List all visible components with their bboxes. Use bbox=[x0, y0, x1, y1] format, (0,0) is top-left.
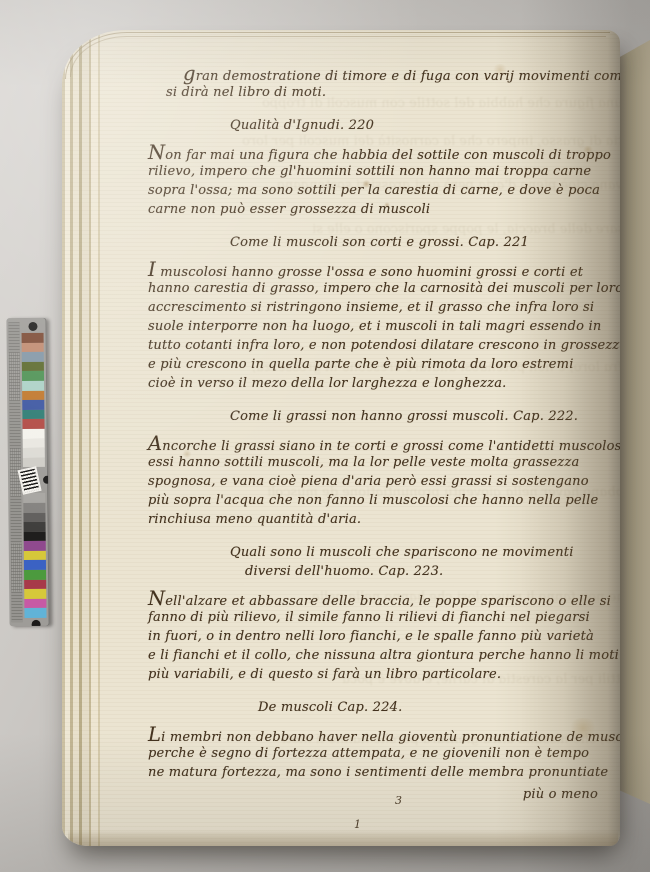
manuscript-book: Non far mai una figura che habbia del so… bbox=[62, 30, 620, 846]
color-patch bbox=[23, 503, 45, 513]
color-patch bbox=[22, 352, 44, 362]
color-patch bbox=[22, 400, 44, 410]
color-patch-group-bottom bbox=[24, 541, 47, 618]
color-patch bbox=[24, 579, 46, 589]
color-patch bbox=[23, 438, 45, 448]
registration-dot bbox=[31, 620, 40, 626]
color-patch bbox=[24, 560, 46, 570]
strip-patch-column bbox=[21, 320, 46, 626]
color-patch bbox=[22, 419, 44, 429]
color-calibration-strip bbox=[6, 318, 49, 626]
color-patch bbox=[23, 512, 45, 522]
color-patch bbox=[23, 429, 45, 439]
color-patch bbox=[22, 362, 44, 372]
color-patch bbox=[22, 371, 44, 381]
color-patch bbox=[24, 551, 46, 561]
facing-page-edge bbox=[616, 40, 650, 804]
registration-dot bbox=[28, 322, 37, 331]
color-patch bbox=[23, 458, 45, 468]
color-patch bbox=[22, 390, 44, 400]
barcode-row bbox=[23, 467, 45, 493]
color-patch bbox=[24, 608, 46, 618]
color-patch bbox=[24, 541, 46, 551]
color-patch bbox=[23, 448, 45, 458]
color-patch bbox=[24, 570, 46, 580]
color-patch bbox=[24, 589, 46, 599]
color-patch bbox=[22, 342, 44, 352]
color-patch bbox=[24, 532, 46, 542]
gutter-shadow bbox=[495, 30, 620, 846]
color-patch-group-dark bbox=[23, 493, 46, 541]
manuscript-page: Non far mai una figura che habbia del so… bbox=[62, 30, 620, 846]
color-patch bbox=[23, 493, 45, 503]
bottom-page-edge bbox=[68, 830, 618, 846]
folio-mark: 3 bbox=[395, 794, 402, 807]
color-patch bbox=[22, 333, 44, 343]
registration-dot bbox=[43, 476, 50, 484]
color-patch bbox=[22, 381, 44, 391]
color-patch bbox=[24, 599, 46, 609]
barcode-label bbox=[19, 467, 41, 493]
color-patch-group-light bbox=[23, 429, 45, 468]
photograph-background: Non far mai una figura che habbia del so… bbox=[0, 0, 650, 872]
color-patch bbox=[22, 410, 44, 420]
color-patch-group-top bbox=[22, 333, 45, 429]
color-patch bbox=[24, 522, 46, 532]
